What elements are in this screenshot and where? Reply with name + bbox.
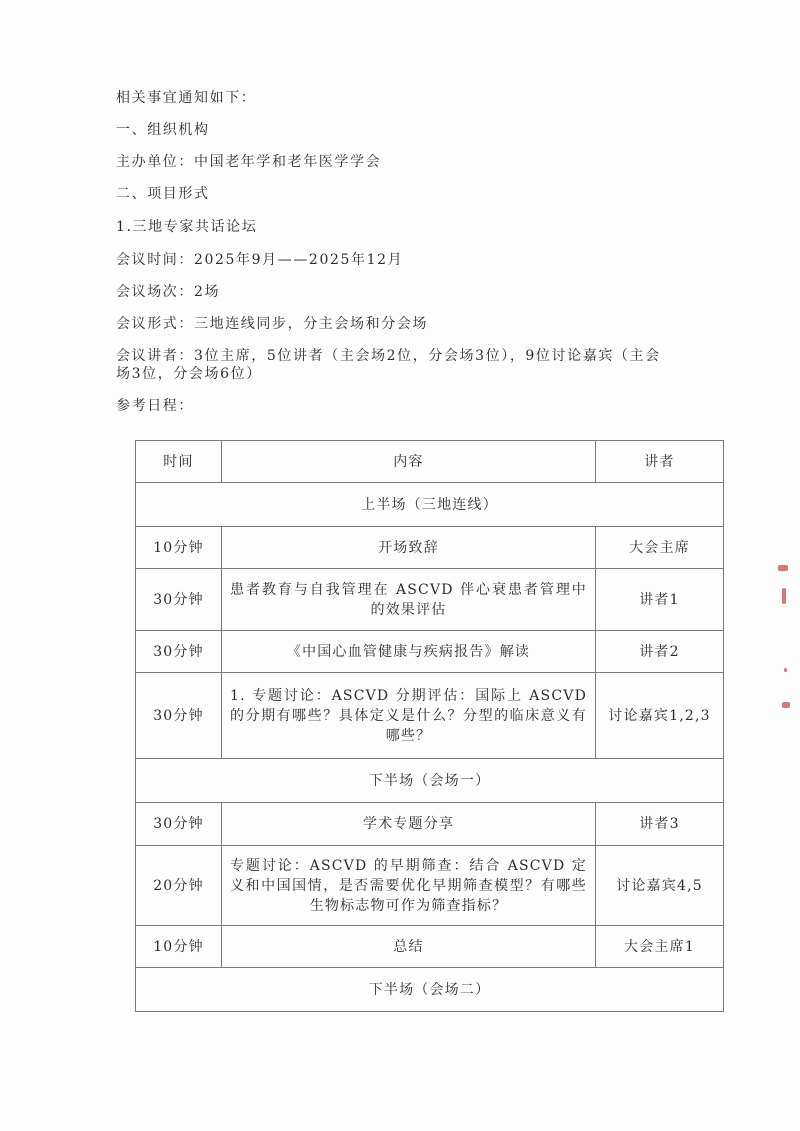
table-row: 30分钟 《中国心血管健康与疾病报告》解读 讲者2 xyxy=(136,631,724,673)
section-title: 下半场（会场一） xyxy=(136,759,724,803)
seal-stamp-fragment xyxy=(778,565,788,571)
table-row: 20分钟 专题讨论：ASCVD 的早期筛查：结合 ASCVD 定义和中国国情，是… xyxy=(136,846,724,926)
table-row: 30分钟 1. 专题讨论：ASCVD 分期评估：国际上 ASCVD 的分期有哪些… xyxy=(136,673,724,759)
schedule-table: 时间 内容 讲者 上半场（三地连线） 10分钟 开场致辞 大会主席 30分钟 患… xyxy=(135,440,724,1012)
time-cell: 30分钟 xyxy=(136,803,222,846)
organizer-text: 主办单位：中国老年学和老年医学学会 xyxy=(116,153,381,171)
speaker-cell: 讨论嘉宾4,5 xyxy=(596,846,724,926)
speaker-cell: 讲者3 xyxy=(596,803,724,846)
document-page: 相关事宜通知如下： 一、组织机构 主办单位：中国老年学和老年医学学会 二、项目形… xyxy=(0,0,800,1131)
section-row-lower2: 下半场（会场二） xyxy=(136,968,724,1012)
time-cell: 30分钟 xyxy=(136,673,222,759)
seal-stamp-fragment xyxy=(782,702,790,708)
speaker-cell: 讲者2 xyxy=(596,631,724,673)
content-cell: 总结 xyxy=(222,926,596,968)
section-title: 下半场（会场二） xyxy=(136,968,724,1012)
meeting-speakers-text: 会议讲者：3位主席，5位讲者（主会场2位，分会场3位），9位讨论嘉宾（主会场3位… xyxy=(116,347,676,383)
schedule-label: 参考日程： xyxy=(116,397,194,415)
header-content: 内容 xyxy=(222,441,596,483)
content-cell: 《中国心血管健康与疾病报告》解读 xyxy=(222,631,596,673)
speaker-cell: 讨论嘉宾1,2,3 xyxy=(596,673,724,759)
table-row: 30分钟 学术专题分享 讲者3 xyxy=(136,803,724,846)
header-time: 时间 xyxy=(136,441,222,483)
meeting-sessions-text: 会议场次：2场 xyxy=(116,283,220,301)
speaker-cell: 讲者1 xyxy=(596,569,724,631)
time-cell: 10分钟 xyxy=(136,527,222,569)
time-cell: 20分钟 xyxy=(136,846,222,926)
content-cell: 专题讨论：ASCVD 的早期筛查：结合 ASCVD 定义和中国国情，是否需要优化… xyxy=(222,846,596,926)
speaker-cell: 大会主席 xyxy=(596,527,724,569)
intro-text: 相关事宜通知如下： xyxy=(116,89,256,107)
subsection1-heading: 1.三地专家共话论坛 xyxy=(116,218,257,236)
section-row-lower1: 下半场（会场一） xyxy=(136,759,724,803)
header-speaker: 讲者 xyxy=(596,441,724,483)
speaker-cell: 大会主席1 xyxy=(596,926,724,968)
section-row-upper: 上半场（三地连线） xyxy=(136,483,724,527)
table-row: 10分钟 总结 大会主席1 xyxy=(136,926,724,968)
time-cell: 10分钟 xyxy=(136,926,222,968)
content-cell: 1. 专题讨论：ASCVD 分期评估：国际上 ASCVD 的分期有哪些？具体定义… xyxy=(222,673,596,759)
section-title: 上半场（三地连线） xyxy=(136,483,724,527)
seal-stamp-fragment xyxy=(784,668,787,672)
table-header-row: 时间 内容 讲者 xyxy=(136,441,724,483)
meeting-time-text: 会议时间：2025年9月——2025年12月 xyxy=(116,251,403,269)
content-cell: 学术专题分享 xyxy=(222,803,596,846)
table-row: 30分钟 患者教育与自我管理在 ASCVD 伴心衰患者管理中的效果评估 讲者1 xyxy=(136,569,724,631)
seal-stamp-fragment xyxy=(782,588,786,604)
content-cell: 患者教育与自我管理在 ASCVD 伴心衰患者管理中的效果评估 xyxy=(222,569,596,631)
section2-heading: 二、项目形式 xyxy=(116,185,210,203)
section1-heading: 一、组织机构 xyxy=(116,121,210,139)
time-cell: 30分钟 xyxy=(136,569,222,631)
time-cell: 30分钟 xyxy=(136,631,222,673)
meeting-format-text: 会议形式：三地连线同步，分主会场和分会场 xyxy=(116,315,428,333)
table-row: 10分钟 开场致辞 大会主席 xyxy=(136,527,724,569)
content-cell: 开场致辞 xyxy=(222,527,596,569)
